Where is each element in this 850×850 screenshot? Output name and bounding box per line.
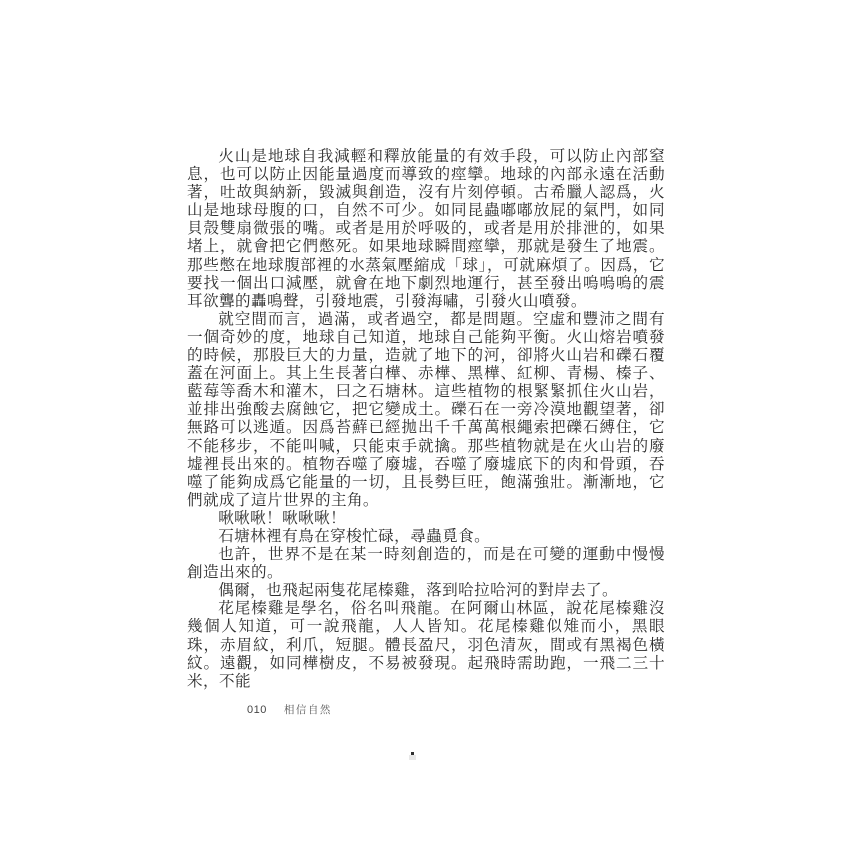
running-title: 相信自然 (284, 702, 332, 717)
scan-artifact-speck (411, 752, 414, 755)
paragraph-space-balance: 就空間而言，過滿，或者過空，都是問題。空虛和豐沛之間有一個奇妙的度，地球自己知道… (187, 311, 665, 510)
paragraph-world-creation: 也許，世界不是在某一時刻創造的，而是在可變的運動中慢慢創造出來的。 (187, 546, 665, 582)
page-footer: 010 相信自然 (247, 702, 332, 717)
paragraph-birds-foraging: 石塘林裡有鳥在穿梭忙碌，尋蟲覓食。 (187, 528, 665, 546)
paragraph-volcano-intro: 火山是地球自我減輕和釋放能量的有效手段，可以防止內部窒息，也可以防止因能量過度而… (187, 148, 665, 311)
paragraph-grouse-description: 花尾榛雞是學名，俗名叫飛龍。在阿爾山林區，說花尾榛雞沒幾個人知道，可一說飛龍，人… (187, 600, 665, 690)
paragraph-bird-chirp: 啾啾啾！啾啾啾！ (187, 510, 665, 528)
paragraph-grouse-flight: 偶爾，也飛起兩隻花尾榛雞，落到哈拉哈河的對岸去了。 (187, 582, 665, 600)
book-page: 火山是地球自我減輕和釋放能量的有效手段，可以防止內部窒息，也可以防止因能量過度而… (0, 0, 850, 850)
body-text: 火山是地球自我減輕和釋放能量的有效手段，可以防止內部窒息，也可以防止因能量過度而… (187, 148, 665, 691)
page-number: 010 (247, 704, 267, 716)
